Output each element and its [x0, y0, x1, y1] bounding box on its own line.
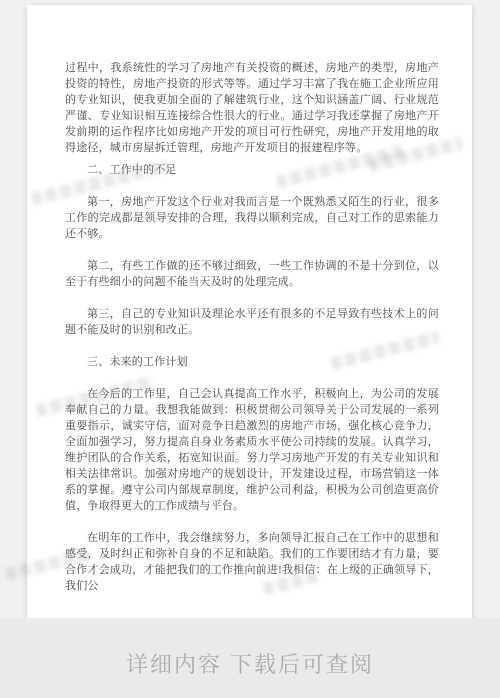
body-paragraph: 第一，房地产开发这个行业对我而言是一个既熟悉又陌生的行业，很多工作的完成都是领导…	[65, 194, 439, 242]
body-paragraph: 在今后的工作里，自己会认真提高工作水平，积极向上，为公司的发展奉献自己的力量。我…	[65, 386, 439, 514]
section-heading: 三、未来的工作计划	[65, 354, 439, 370]
document-content: 过程中，我系统性的学习了房地产有关投资的概述，房地产的类型，房地产投资的特性，房…	[27, 5, 472, 594]
body-paragraph: 过程中，我系统性的学习了房地产有关投资的概述，房地产的类型，房地产投资的特性，房…	[65, 60, 439, 156]
section-heading: 二、工作中的不足	[65, 162, 439, 178]
body-paragraph: 在明年的工作中，我会继续努力，多向领导汇报自己在工作中的思想和感受，及时纠正和弥…	[65, 530, 439, 594]
body-paragraph: 第二，有些工作做的还不够过细致，一些工作协调的不是十分到位，以至于有些细小的问题…	[65, 258, 439, 290]
download-notice: 详细内容 下载后可查阅	[0, 648, 500, 679]
body-paragraph: 第三，自己的专业知识及理论水平还有很多的不足导致有些技术上的问题不能及时的识别和…	[65, 306, 439, 338]
document-page: 过程中，我系统性的学习了房地产有关投资的概述，房地产的类型，房地产投资的特性，房…	[27, 5, 472, 618]
document-preview-stage: 过程中，我系统性的学习了房地产有关投资的概述，房地产的类型，房地产投资的特性，房…	[0, 0, 500, 698]
